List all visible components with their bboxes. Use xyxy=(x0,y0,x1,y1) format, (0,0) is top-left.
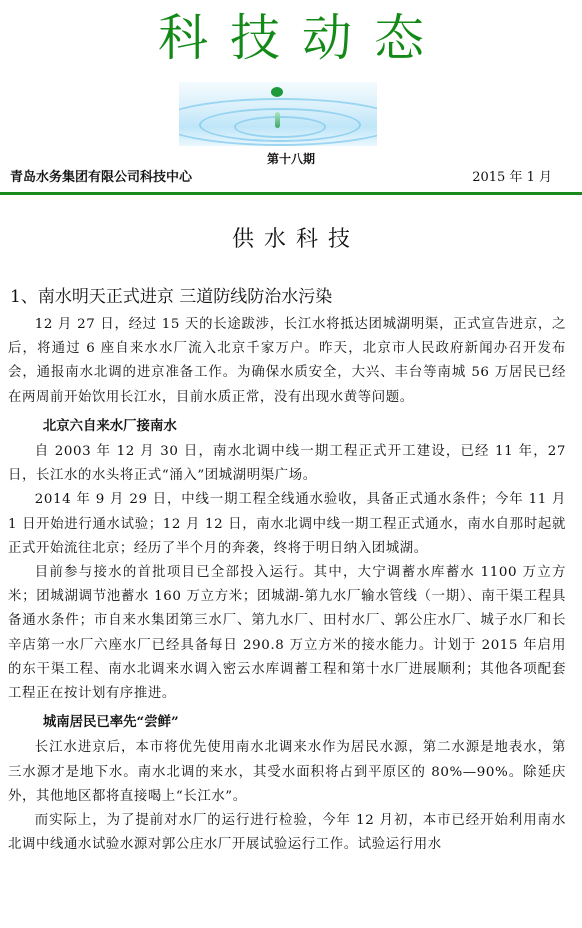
article-paragraph: 目前参与接水的首批项目已全部投入运行。其中，大宁调蓄水库蓄水 1100 万立方米… xyxy=(8,561,566,706)
article-title: 1、南水明天正式进京 三道防线防治水污染 xyxy=(10,283,566,311)
organization-name: 青岛水务集团有限公司科技中心 xyxy=(10,166,192,185)
subsection-heading: 北京六自来水厂接南水 xyxy=(8,414,566,438)
logo-drop-icon xyxy=(271,87,283,97)
subsection-heading: 城南居民已率先“尝鲜” xyxy=(8,710,566,734)
article: 1、南水明天正式进京 三道防线防治水污染 12 月 27 日，经过 15 天的长… xyxy=(8,283,566,857)
publication-date: 2015 年 1 月 xyxy=(472,166,552,185)
header-divider xyxy=(0,192,582,195)
article-paragraph: 自 2003 年 12 月 30 日，南水北调中线一期工程正式开工建设，已经 1… xyxy=(8,440,566,488)
masthead-title: 科技动态 xyxy=(0,8,582,68)
section-title: 供水科技 xyxy=(0,222,582,253)
water-drop-banner-image xyxy=(179,82,377,146)
water-splash-icon xyxy=(275,112,280,128)
article-paragraph: 12 月 27 日，经过 15 天的长途跋涉，长江水将抵达团城湖明渠，正式宣告进… xyxy=(8,313,566,410)
ripple-ring xyxy=(234,116,326,138)
article-paragraph: 长江水进京后，本市将优先使用南水北调来水作为居民水源，第二水源是地表水，第三水源… xyxy=(8,736,566,809)
issue-number: 第十八期 xyxy=(0,150,582,167)
article-paragraph: 而实际上，为了提前对水厂的运行进行检验，今年 12 月初，本市已经开始利用南水北… xyxy=(8,809,566,857)
article-paragraph: 2014 年 9 月 29 日，中线一期工程全线通水验收，具备正式通水条件；今年… xyxy=(8,488,566,561)
